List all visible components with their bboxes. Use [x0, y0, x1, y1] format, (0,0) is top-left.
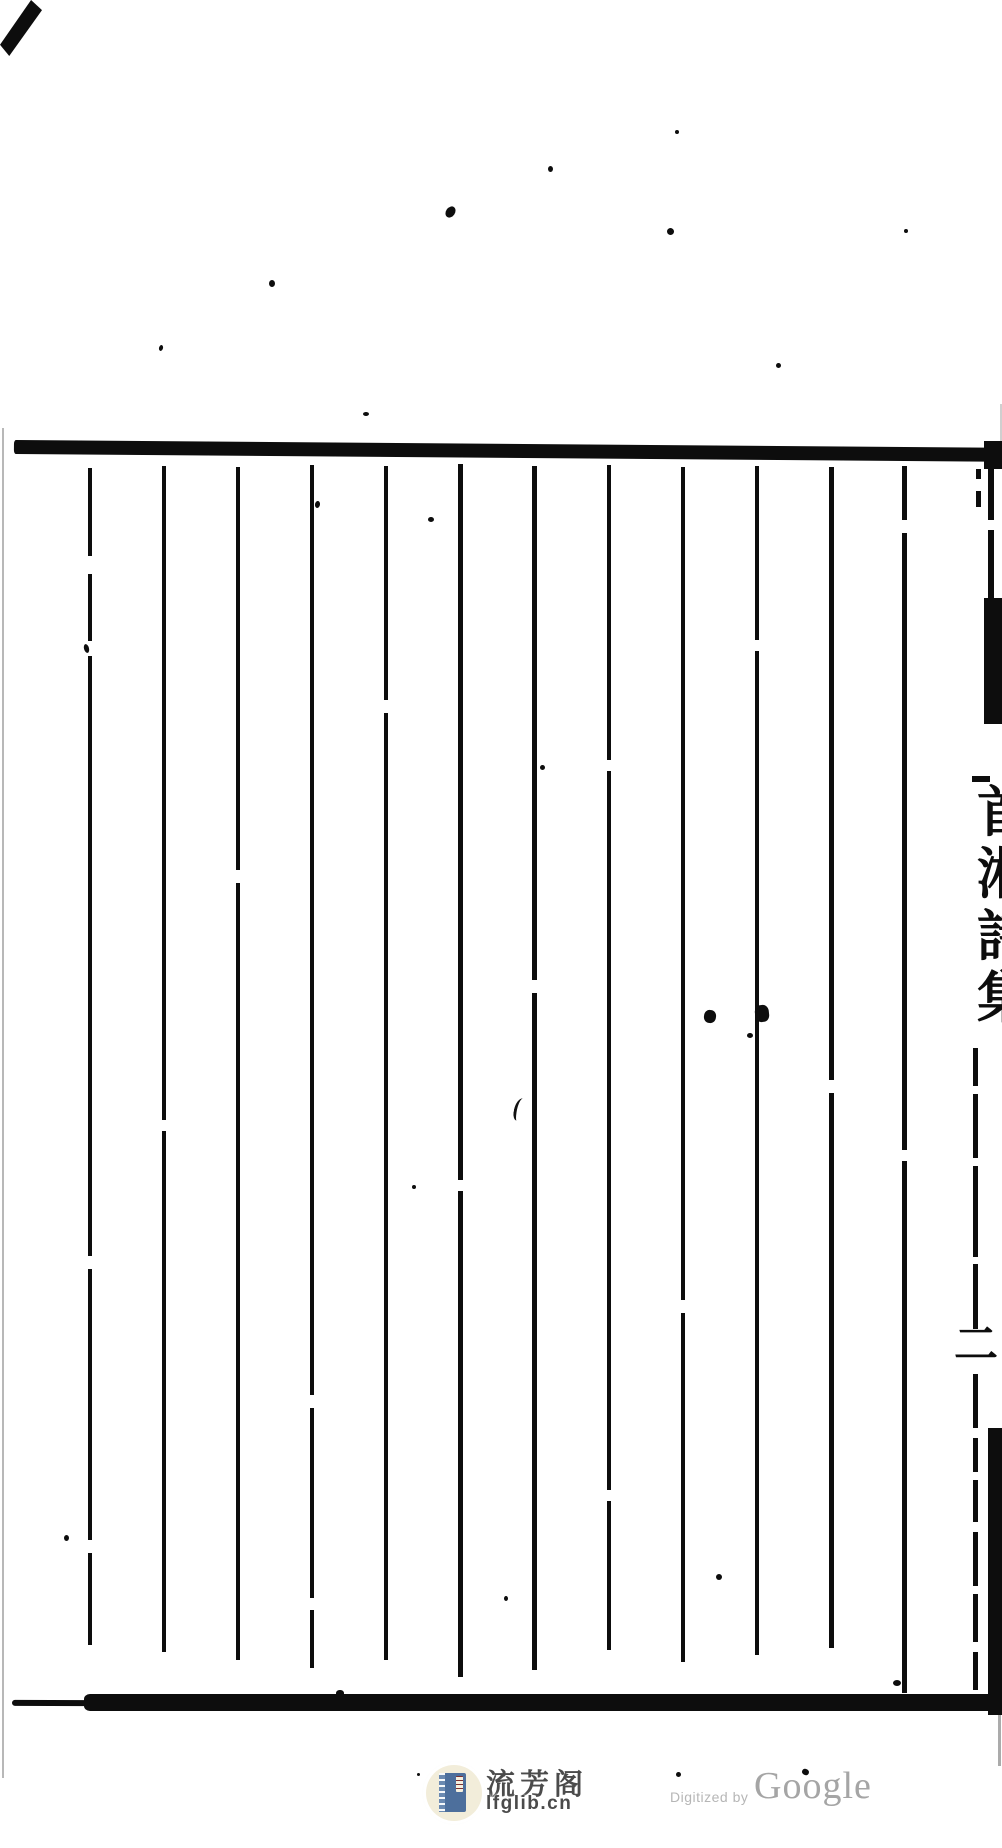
column-rule-line [384, 466, 388, 700]
frame-bottom-border-left-taper [12, 1700, 90, 1706]
column-rule-line [162, 1131, 166, 1652]
column-rule-line [902, 466, 907, 520]
ink-speck [363, 412, 369, 416]
column-rule-line [236, 883, 240, 1660]
right-border-line [988, 530, 994, 604]
google-logo: Google [754, 1764, 872, 1808]
frame-right-border-thick-segment [984, 598, 1002, 724]
edge-title-vertical-text: 首湘詩集 [977, 782, 1002, 1030]
right-edge-dash [976, 491, 981, 507]
fold-line-dash [973, 1166, 978, 1257]
ink-speck [747, 1033, 753, 1038]
column-rule-line [607, 771, 611, 1490]
ink-speck [676, 1772, 681, 1777]
edge-title-char: 詩 [977, 906, 1002, 968]
column-rule-line [607, 465, 611, 760]
column-rule-line [607, 1501, 611, 1650]
column-rule-line [88, 574, 92, 641]
column-rule-line [310, 465, 314, 1395]
column-rule-line [681, 1313, 685, 1662]
ink-speck [417, 1773, 420, 1776]
column-rule-line [681, 467, 685, 1300]
column-rule-line [88, 468, 92, 556]
right-page-edge-line-bottom [998, 1712, 1001, 1766]
ink-speck [314, 501, 320, 509]
ink-speck [443, 205, 457, 220]
column-rule-line [829, 467, 834, 1080]
column-rule-line [88, 656, 92, 1256]
ink-speck [428, 517, 434, 522]
ink-speck [893, 1680, 901, 1686]
ink-speck [158, 345, 163, 352]
watermark-site-url: lfglib.cn [486, 1793, 572, 1815]
column-rule-line [902, 533, 907, 1150]
fold-line-dash [973, 1048, 978, 1086]
ink-speck [754, 1004, 770, 1022]
column-rule-line [532, 466, 537, 980]
ink-speck [540, 765, 545, 770]
book-title-slip [456, 1776, 463, 1792]
column-rule-line [88, 1553, 92, 1645]
edge-title-char: 首 [977, 782, 1002, 844]
fold-line-dash [973, 1594, 978, 1642]
book-spine-stitching [439, 1773, 445, 1812]
ink-speck [269, 280, 275, 287]
scanned-book-page: 首湘詩集 二 流芳阁 lfglib.cn Digitized by Google [0, 0, 1002, 1848]
column-rule-line [236, 467, 240, 870]
fold-line-dash [973, 1532, 978, 1586]
column-rule-line [310, 1610, 314, 1668]
ink-speck [548, 166, 553, 172]
column-rule-line [88, 1269, 92, 1540]
ink-speck [904, 229, 908, 233]
left-page-edge-line [2, 428, 4, 1778]
fold-line-dash [973, 1094, 978, 1158]
right-border-line [988, 452, 994, 520]
ink-squiggle-mark [512, 1097, 527, 1122]
ink-speck [64, 1535, 69, 1541]
column-rule-line [755, 651, 759, 1655]
column-rule-line [532, 993, 537, 1670]
right-edge-dash [976, 469, 981, 479]
thread-bound-book-icon [439, 1773, 466, 1812]
fold-line-dash [973, 1438, 978, 1472]
digitized-by-label: Digitized by [670, 1789, 748, 1805]
fold-line-dash [973, 1480, 978, 1522]
column-rule-line [162, 466, 166, 1120]
ink-speck [412, 1185, 416, 1189]
column-rule-line [829, 1093, 834, 1648]
fold-line-dash [973, 1374, 978, 1428]
folio-number: 二 [954, 1322, 998, 1368]
ink-speck [703, 1009, 717, 1024]
right-edge-diagonal-ink-stroke [0, 0, 42, 56]
edge-title-char: 集 [977, 968, 1002, 1030]
lfglib-logo-circle [426, 1765, 482, 1821]
column-rule-line [458, 464, 463, 1180]
column-rule-line [458, 1191, 463, 1677]
ink-speck [336, 1690, 344, 1697]
ink-speck [716, 1574, 722, 1580]
ink-speck [776, 363, 781, 368]
column-rule-line [310, 1408, 314, 1598]
frame-right-border-lower-strip [988, 1428, 1002, 1715]
ink-speck [83, 644, 90, 654]
column-rule-line [902, 1161, 907, 1693]
fold-line-dash [973, 1652, 978, 1690]
ink-speck [666, 227, 675, 236]
frame-top-border [14, 440, 1002, 462]
ink-speck [504, 1596, 508, 1601]
frame-bottom-border [84, 1694, 1002, 1711]
edge-title-char: 湘 [977, 844, 1002, 906]
column-rule-line [755, 466, 759, 640]
ink-speck [675, 130, 679, 134]
column-rule-line [384, 713, 388, 1660]
